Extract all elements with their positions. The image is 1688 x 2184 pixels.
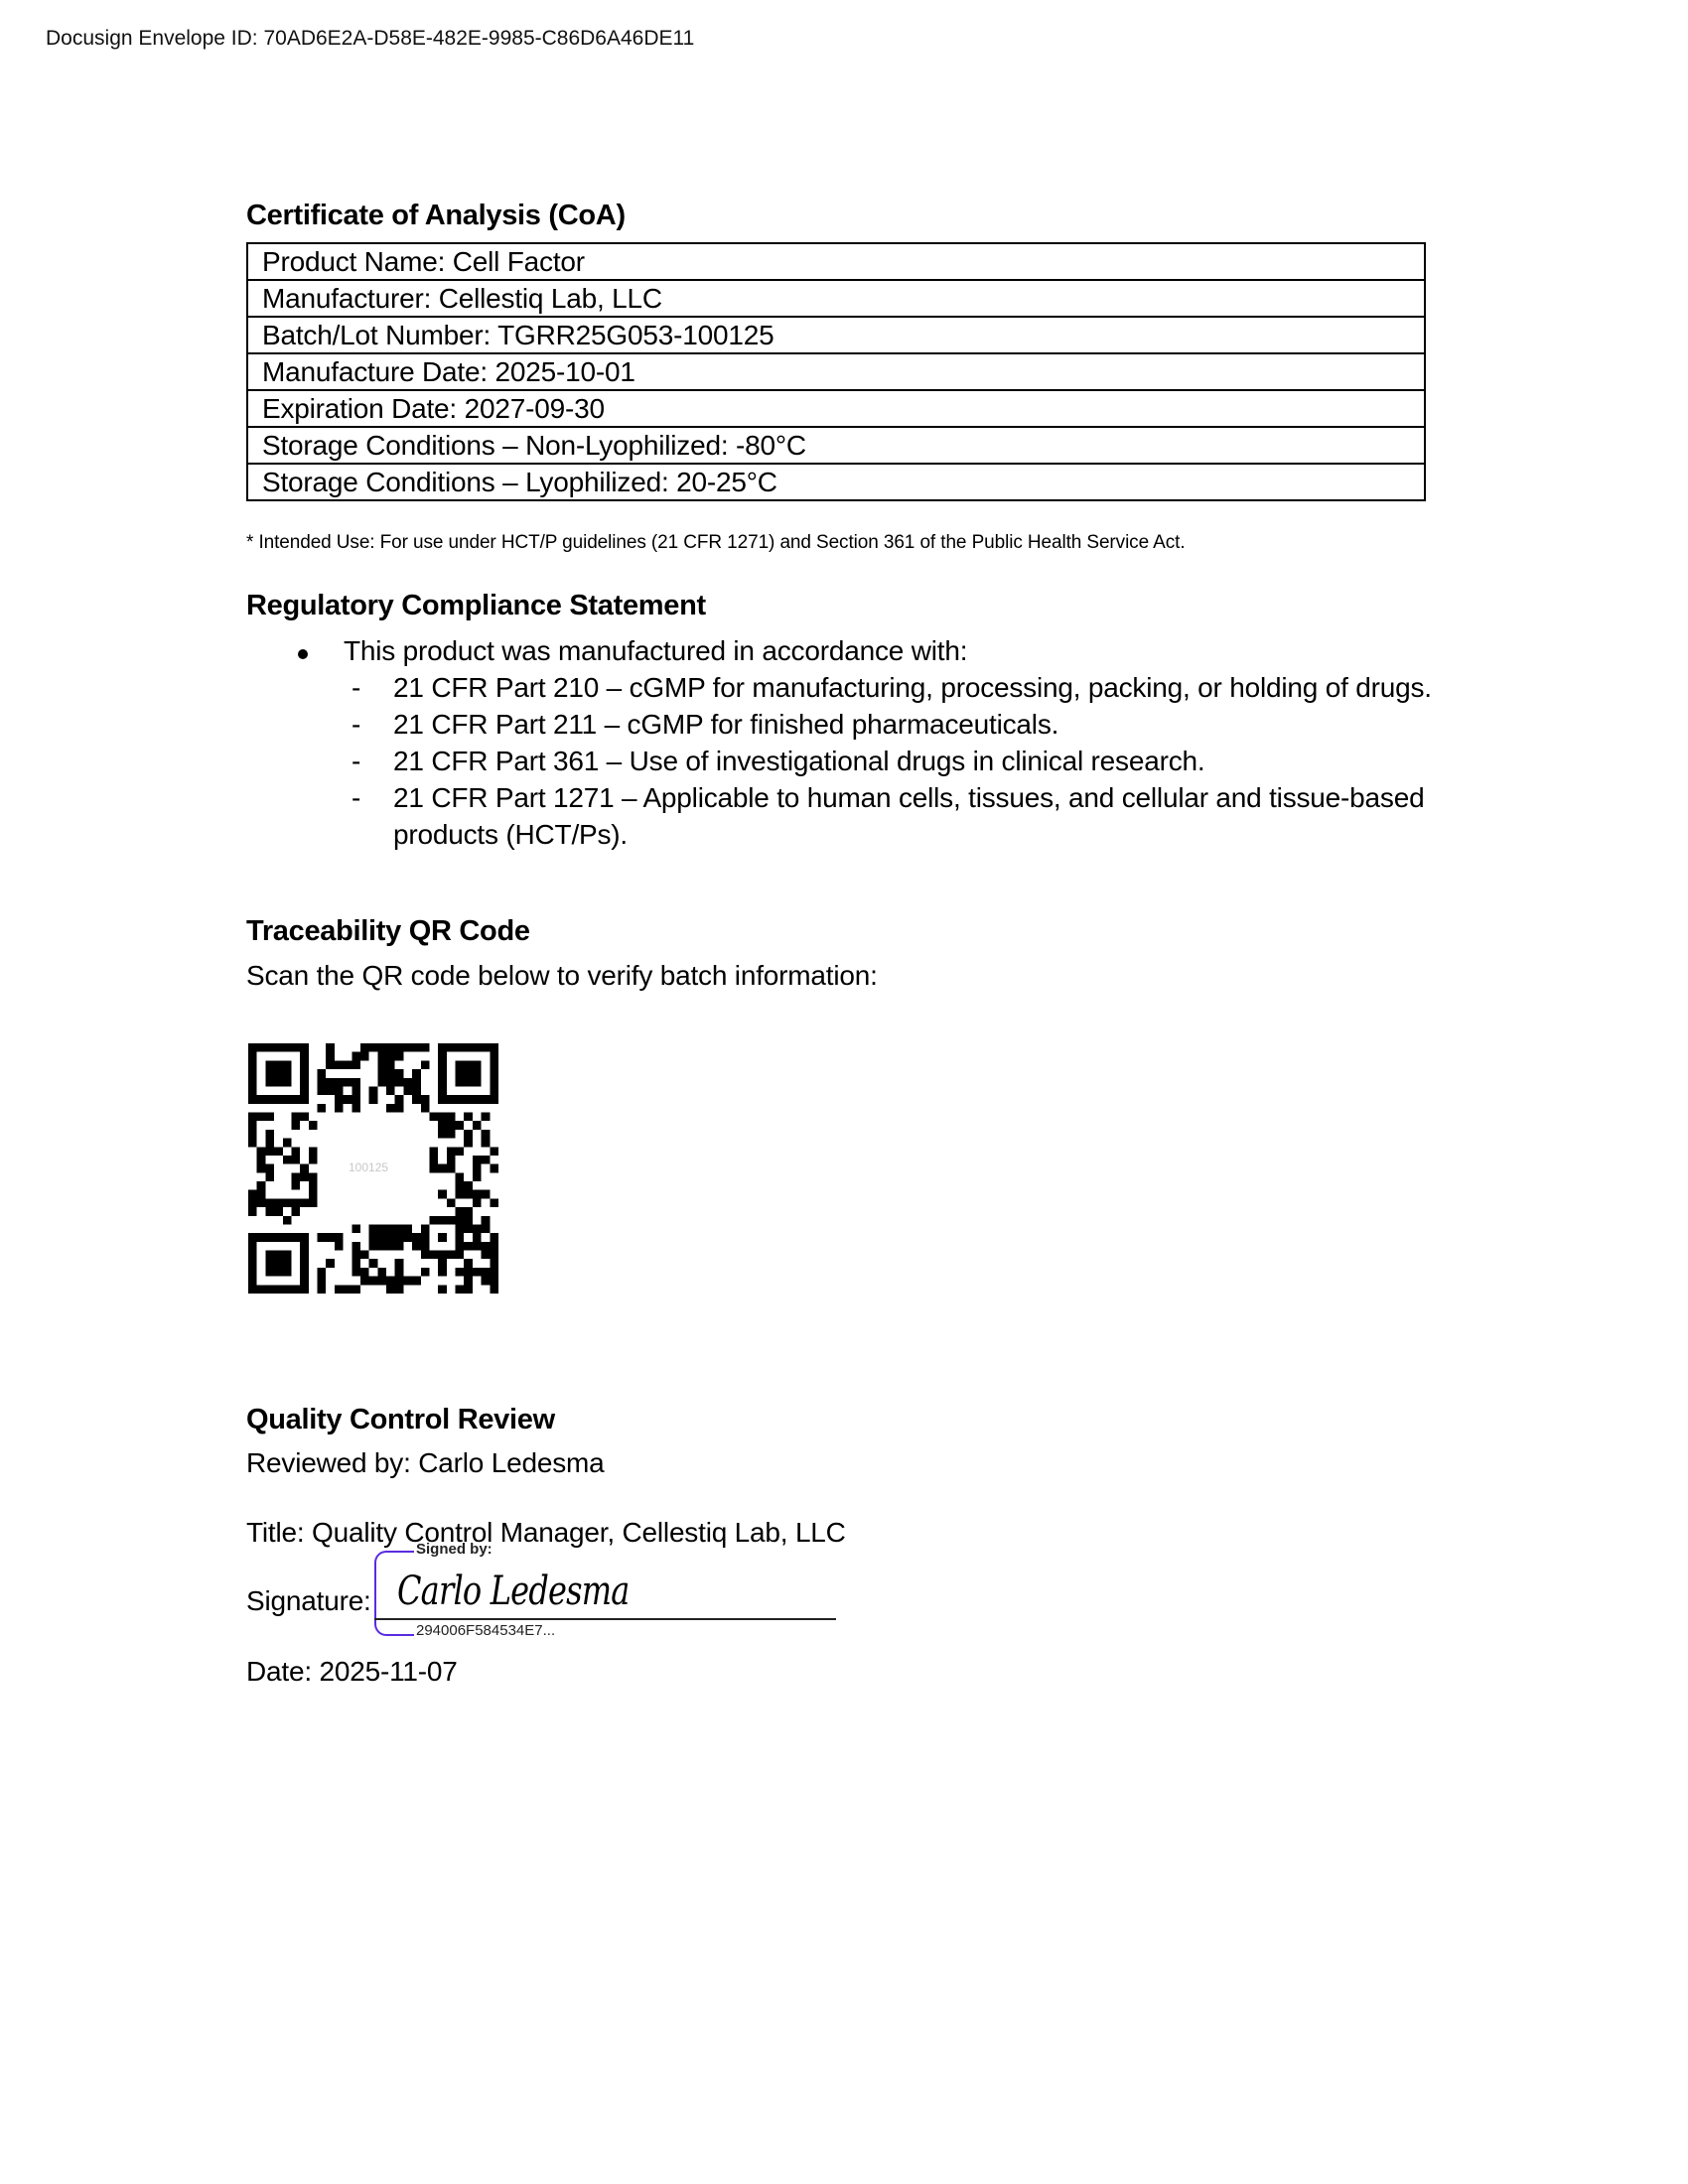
coa-row-product-name: Product Name: Cell Factor [247,243,1425,280]
signature-hash: 294006F584534E7... [416,1622,555,1639]
qr-center-label: 100125 [349,1160,388,1174]
coa-row-expiration-date: Expiration Date: 2027-09-30 [247,390,1425,427]
dash-marker: - [352,782,360,814]
coa-row-manufacturer: Manufacturer: Cellestiq Lab, LLC [247,280,1425,317]
bullet-icon [298,649,308,659]
reviewed-by: Reviewed by: Carlo Ledesma [246,1447,605,1479]
regulation-item-continuation: products (HCT/Ps). [393,819,628,851]
docusign-envelope-id: Docusign Envelope ID: 70AD6E2A-D58E-482E… [46,27,694,51]
qc-review-title: Quality Control Review [246,1404,555,1436]
reviewer-title: Title: Quality Control Manager, Cellesti… [246,1517,846,1549]
review-date: Date: 2025-11-07 [246,1656,458,1688]
regulatory-bullet-text: This product was manufactured in accorda… [344,635,967,667]
coa-row-storage-non-lyophilized: Storage Conditions – Non-Lyophilized: -8… [247,427,1425,464]
intended-use-footnote: * Intended Use: For use under HCT/P guid… [246,532,1186,554]
dash-marker: - [352,709,360,741]
traceability-title: Traceability QR Code [246,915,530,948]
handwritten-signature[interactable]: Carlo Ledesma [397,1569,630,1614]
dash-marker: - [352,746,360,777]
regulation-item: 21 CFR Part 1271 – Applicable to human c… [393,782,1424,814]
regulation-item: 21 CFR Part 210 – cGMP for manufacturing… [393,672,1432,704]
coa-row-storage-lyophilized: Storage Conditions – Lyophilized: 20-25°… [247,464,1425,500]
regulation-item: 21 CFR Part 361 – Use of investigational… [393,746,1204,777]
qr-instruction: Scan the QR code below to verify batch i… [246,960,878,992]
regulatory-title: Regulatory Compliance Statement [246,590,706,622]
coa-title: Certificate of Analysis (CoA) [246,200,626,232]
signature-label: Signature: [246,1585,371,1617]
coa-row-batch-lot: Batch/Lot Number: TGRR25G053-100125 [247,317,1425,353]
coa-table: Product Name: Cell Factor Manufacturer: … [246,242,1426,501]
regulation-item: 21 CFR Part 211 – cGMP for finished phar… [393,709,1058,741]
coa-row-manufacture-date: Manufacture Date: 2025-10-01 [247,353,1425,390]
dash-marker: - [352,672,360,704]
signature-line [374,1618,836,1620]
signed-by-label: Signed by: [416,1541,492,1558]
